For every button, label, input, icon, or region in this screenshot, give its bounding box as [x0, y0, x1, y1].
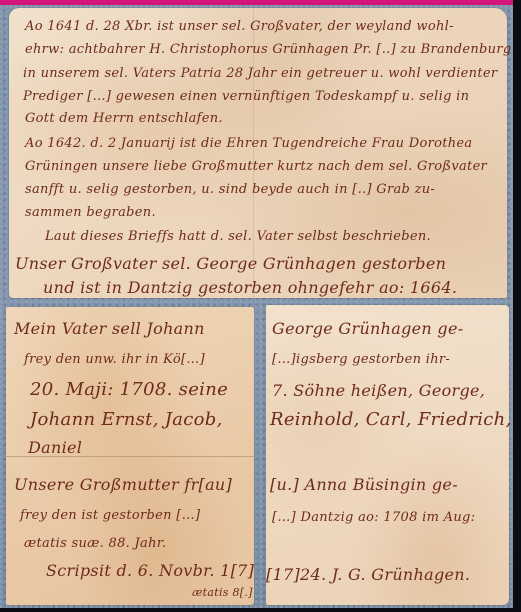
text-line: [u.] Anna Büsingin ge-: [270, 477, 458, 493]
text-line: und ist in Dantzig gestorben ohngefehr a…: [43, 280, 457, 296]
text-line: Ao 1641 d. 28 Xbr. ist unser sel. Großva…: [25, 20, 454, 33]
text-line: frey den ist gestorben […]: [20, 509, 200, 522]
magenta-border-strip: [0, 0, 521, 5]
text-line: Unser Großvater sel. George Grünhagen ge…: [15, 256, 446, 272]
text-line: sammen begraben.: [25, 206, 156, 219]
text-line: George Grünhagen ge-: [272, 321, 463, 337]
text-line: […] Dantzig ao: 1708 im Aug:: [272, 511, 475, 524]
paper-fragment-bottom-right: George Grünhagen ge- […]igsberg gestorbe…: [266, 305, 509, 605]
text-line: [17]24. J. G. Grünhagen.: [266, 567, 470, 583]
paper-tear-line: [6, 456, 254, 457]
paper-fragment-top: Ao 1641 d. 28 Xbr. ist unser sel. Großva…: [9, 8, 507, 298]
text-line: Johann Ernst, Jacob,: [30, 411, 223, 429]
text-line: Prediger […] gewesen einen vernünftigen …: [23, 90, 469, 103]
text-line: ehrw: achtbahrer H. Christophorus Grünha…: [25, 43, 511, 56]
text-line: Ao 1642. d. 2 Januarij ist die Ehren Tug…: [25, 137, 472, 150]
text-line: ætatis suæ. 88. Jahr.: [24, 537, 166, 550]
document-photo: Ao 1641 d. 28 Xbr. ist unser sel. Großva…: [0, 0, 521, 612]
text-line: Reinhold, Carl, Friedrich,: [270, 411, 512, 429]
text-line: frey den unw. ihr in Kö[…]: [24, 353, 205, 366]
paper-fold-crease: [253, 8, 254, 298]
text-line: Laut dieses Brieffs hatt d. sel. Vater s…: [45, 230, 431, 243]
text-line: Gott dem Herrn entschlafen.: [25, 112, 223, 125]
text-line: sanfft u. selig gestorben, u. sind beyde…: [25, 183, 435, 196]
text-line: Unsere Großmutter fr[au]: [14, 477, 232, 493]
photo-dark-edge-right: [513, 0, 521, 612]
text-line: Grüningen unsere liebe Großmutter kurtz …: [25, 160, 487, 173]
text-line: 20. Maji: 1708. seine: [30, 381, 228, 399]
photo-dark-edge-bottom: [0, 608, 521, 612]
text-line: Daniel: [28, 440, 82, 456]
text-line: in unserem sel. Vaters Patria 28 Jahr ei…: [23, 67, 497, 80]
text-line: 7. Söhne heißen, George,: [272, 383, 485, 399]
text-line: Mein Vater sell Johann: [14, 321, 205, 337]
text-line: ætatis 8[.]: [192, 587, 253, 598]
text-line: […]igsberg gestorben ihr-: [272, 353, 450, 366]
text-line: Scripsit d. 6. Novbr. 1[7]: [46, 563, 254, 579]
